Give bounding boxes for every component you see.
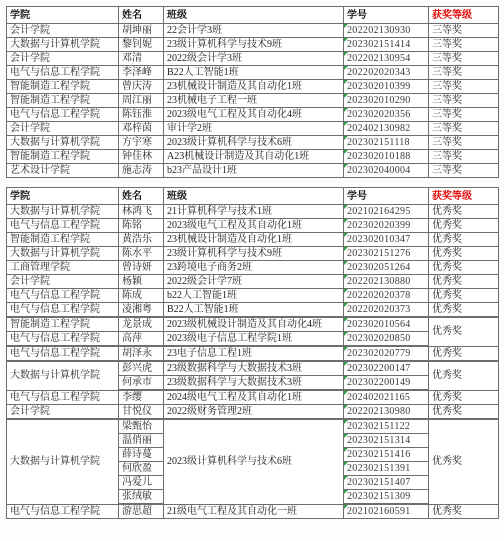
cell-name[interactable]: 龙景成 [119, 317, 164, 332]
number-stored-as-text-flag-icon [344, 420, 348, 424]
col-header-award[interactable]: 获奖等级 [429, 7, 499, 24]
cell-student-id[interactable]: 202202130980 [344, 405, 429, 420]
cell-college[interactable]: 大数据与计算机学院 [7, 136, 119, 150]
cell-student-id[interactable]: 202202130954 [344, 52, 429, 66]
table-row: 艺术设计学院施志涛b23产品设计1班202302040004三等奖 [7, 164, 499, 178]
cell-student-id[interactable]: 202302151391 [344, 462, 429, 476]
table-row: 电气与信息工程学院陈钰淮2023级电气工程及其自动化4班202302020356… [7, 108, 499, 122]
cell-class[interactable]: 23级计算机科学与技术9班 [164, 247, 344, 261]
cell-student-id[interactable]: 202202130880 [344, 275, 429, 289]
table-row: 会计学院甘悦仪2022级财务管理2班202202130980优秀奖 [7, 405, 499, 420]
cell-name[interactable]: 薛诗蔓 [119, 448, 164, 462]
number-stored-as-text-flag-icon [344, 205, 348, 209]
number-stored-as-text-flag-icon [344, 150, 348, 154]
cell-award[interactable]: 三等奖 [429, 38, 499, 52]
cell-name[interactable]: 彭兴虎 [119, 361, 164, 376]
cell-student-id[interactable]: 202302010290 [344, 94, 429, 108]
cell-award[interactable]: 三等奖 [429, 122, 499, 136]
cell-name[interactable]: 胡泽永 [119, 346, 164, 361]
spreadsheet-area: 学院姓名班级学号获奖等级会计学院胡坤丽22会计学3班202202130930三等… [0, 0, 504, 523]
cell-name[interactable]: 钟佳林 [119, 150, 164, 164]
cell-class[interactable]: 23电子信息工程1班 [164, 346, 344, 361]
third-prize-table: 学院姓名班级学号获奖等级会计学院胡坤丽22会计学3班202202130930三等… [6, 6, 499, 178]
cell-award[interactable]: 三等奖 [429, 80, 499, 94]
table-row: 会计学院邓梓茵审计学2班202402130982三等奖 [7, 122, 499, 136]
number-stored-as-text-flag-icon [344, 219, 348, 223]
cell-name[interactable]: 甘悦仪 [119, 405, 164, 420]
cell-college[interactable]: 大数据与计算机学院 [7, 205, 119, 219]
cell-college[interactable]: 会计学院 [7, 405, 119, 420]
table-row: 电气与信息工程学院游思超21级电气工程及其自动化一班202102160591优秀… [7, 504, 499, 519]
cell-class[interactable]: 21计算机科学与技术1班 [164, 205, 344, 219]
cell-class[interactable]: 2023级电气工程及其自动化1班 [164, 219, 344, 233]
cell-student-id[interactable]: 202202020378 [344, 289, 429, 303]
cell-college[interactable]: 艺术设计学院 [7, 164, 119, 178]
cell-student-id[interactable]: 202402021165 [344, 390, 429, 405]
table-row: 会计学院胡坤丽22会计学3班202202130930三等奖 [7, 24, 499, 38]
cell-name[interactable]: 何承市 [119, 376, 164, 391]
number-stored-as-text-flag-icon [344, 233, 348, 237]
number-stored-as-text-flag-icon [344, 261, 348, 265]
cell-college[interactable]: 电气与信息工程学院 [7, 346, 119, 361]
cell-college[interactable]: 电气与信息工程学院 [7, 108, 119, 122]
cell-name[interactable]: 游思超 [119, 504, 164, 519]
header-row: 学院姓名班级学号获奖等级 [7, 188, 499, 205]
cell-class[interactable]: A23机械设计制造及其自动化1班 [164, 150, 344, 164]
cell-name[interactable]: 陈钰淮 [119, 108, 164, 122]
cell-college[interactable]: 大数据与计算机学院 [7, 419, 119, 504]
cell-award[interactable]: 三等奖 [429, 66, 499, 80]
cell-award[interactable]: 三等奖 [429, 108, 499, 122]
cell-name[interactable]: 凌湘粤 [119, 303, 164, 318]
cell-student-id[interactable]: 202302151309 [344, 490, 429, 505]
table-row: 工商管理学院曾诗妍23跨境电子商务2班202302051264优秀奖 [7, 261, 499, 275]
cell-student-id[interactable]: 202302200147 [344, 361, 429, 376]
table-row: 电气与信息工程学院高萍2023级电子信息工程学院1班202302020850 [7, 332, 499, 347]
cell-award[interactable]: 优秀奖 [429, 390, 499, 405]
cell-award[interactable]: 三等奖 [429, 94, 499, 108]
cell-name[interactable]: 陈铭 [119, 219, 164, 233]
table-row: 大数据与计算机学院黎钊妮23级计算机科学与技术9班202302151414三等奖 [7, 38, 499, 52]
cell-name[interactable]: 黄浩乐 [119, 233, 164, 247]
cell-student-id[interactable]: 202302020399 [344, 219, 429, 233]
cell-award[interactable]: 三等奖 [429, 164, 499, 178]
table-row: 电气与信息工程学院李泽峰B22人工智能1班202202020343三等奖 [7, 66, 499, 80]
number-stored-as-text-flag-icon [344, 405, 348, 409]
col-header-sid[interactable]: 学号 [344, 7, 429, 24]
table-row: 电气与信息工程学院凌湘粤B22人工智能1班202202020373优秀奖 [7, 303, 499, 318]
cell-name[interactable]: 何欣盈 [119, 462, 164, 476]
col-header-cls[interactable]: 班级 [164, 188, 344, 205]
number-stored-as-text-flag-icon [344, 275, 348, 279]
number-stored-as-text-flag-icon [344, 462, 348, 466]
cell-award[interactable]: 优秀奖 [429, 275, 499, 289]
cell-student-id[interactable]: 202302151314 [344, 434, 429, 448]
number-stored-as-text-flag-icon [344, 136, 348, 140]
cell-name[interactable]: 李泽峰 [119, 66, 164, 80]
cell-name[interactable]: 黎钊妮 [119, 38, 164, 52]
cell-student-id[interactable]: 202302010188 [344, 150, 429, 164]
col-header-cls[interactable]: 班级 [164, 7, 344, 24]
cell-student-id[interactable]: 202402130982 [344, 122, 429, 136]
cell-class[interactable]: 2023级电子信息工程学院1班 [164, 332, 344, 347]
cell-class[interactable]: 22会计学3班 [164, 24, 344, 38]
cell-name[interactable]: 陈水平 [119, 247, 164, 261]
cell-name[interactable]: 林鸿飞 [119, 205, 164, 219]
cell-award[interactable]: 优秀奖 [429, 361, 499, 390]
cell-class[interactable]: 23级数据科学与大数据技术3班 [164, 361, 344, 376]
cell-class[interactable]: 23级计算机科学与技术9班 [164, 38, 344, 52]
excellence-award-table: 学院姓名班级学号获奖等级大数据与计算机学院林鸿飞21计算机科学与技术1班2021… [6, 187, 499, 519]
cell-college[interactable]: 电气与信息工程学院 [7, 303, 119, 318]
cell-student-id[interactable]: 202302051264 [344, 261, 429, 275]
cell-student-id[interactable]: 202302151416 [344, 448, 429, 462]
number-stored-as-text-flag-icon [344, 108, 348, 112]
cell-name[interactable]: 曾庆涛 [119, 80, 164, 94]
cell-name[interactable]: 邓梓茵 [119, 122, 164, 136]
cell-class[interactable]: 审计学2班 [164, 122, 344, 136]
cell-class[interactable]: B22人工智能1班 [164, 303, 344, 318]
cell-college[interactable]: 智能制造工程学院 [7, 317, 119, 332]
col-header-college[interactable]: 学院 [7, 188, 119, 205]
number-stored-as-text-flag-icon [344, 490, 348, 494]
cell-college[interactable]: 大数据与计算机学院 [7, 247, 119, 261]
cell-name[interactable]: 张绒敏 [119, 490, 164, 505]
cell-class[interactable]: 21级电气工程及其自动化一班 [164, 504, 344, 519]
cell-name[interactable]: 温俏丽 [119, 434, 164, 448]
cell-name[interactable]: 胡坤丽 [119, 24, 164, 38]
cell-college[interactable]: 电气与信息工程学院 [7, 390, 119, 405]
cell-award[interactable]: 优秀奖 [429, 419, 499, 504]
cell-award[interactable]: 优秀奖 [429, 219, 499, 233]
cell-class[interactable]: 23机械设计制造及自动化1班 [164, 233, 344, 247]
cell-class[interactable]: 2024级电气工程及其自动化1班 [164, 390, 344, 405]
cell-name[interactable]: 陈成 [119, 289, 164, 303]
cell-student-id[interactable]: 202302040004 [344, 164, 429, 178]
cell-class[interactable]: b23产品设计1班 [164, 164, 344, 178]
col-header-award[interactable]: 获奖等级 [429, 188, 499, 205]
number-stored-as-text-flag-icon [344, 38, 348, 42]
table-row: 会计学院邓清2022级会计学3班202202130954三等奖 [7, 52, 499, 66]
number-stored-as-text-flag-icon [344, 164, 348, 168]
col-header-college[interactable]: 学院 [7, 7, 119, 24]
cell-name[interactable]: 李缨 [119, 390, 164, 405]
number-stored-as-text-flag-icon [344, 362, 348, 366]
table-row: 电气与信息工程学院胡泽永23电子信息工程1班202302020779优秀奖 [7, 346, 499, 361]
cell-name[interactable]: 邓清 [119, 52, 164, 66]
table-row: 会计学院杨颖2022级会计学7班202202130880优秀奖 [7, 275, 499, 289]
cell-class[interactable]: B22人工智能1班 [164, 66, 344, 80]
cell-student-id[interactable]: 202302010399 [344, 80, 429, 94]
cell-student-id[interactable]: 202302020356 [344, 108, 429, 122]
number-stored-as-text-flag-icon [344, 505, 348, 509]
cell-class[interactable]: 2023级计算机科学与技术6班 [164, 419, 344, 504]
number-stored-as-text-flag-icon [344, 94, 348, 98]
table-row: 大数据与计算机学院梁甄怡2023级计算机科学与技术6班202302151122优… [7, 419, 499, 434]
cell-student-id[interactable]: 202302010347 [344, 233, 429, 247]
number-stored-as-text-flag-icon [344, 24, 348, 28]
cell-college[interactable]: 电气与信息工程学院 [7, 219, 119, 233]
cell-student-id[interactable]: 202302151414 [344, 38, 429, 52]
cell-student-id[interactable]: 202302200149 [344, 376, 429, 391]
cell-award[interactable]: 优秀奖 [429, 317, 499, 346]
cell-college[interactable]: 大数据与计算机学院 [7, 38, 119, 52]
cell-award[interactable]: 优秀奖 [429, 205, 499, 219]
cell-name[interactable]: 杨颖 [119, 275, 164, 289]
cell-class[interactable]: 23机械电子工程一班 [164, 94, 344, 108]
cell-college[interactable]: 电气与信息工程学院 [7, 332, 119, 347]
number-stored-as-text-flag-icon [344, 80, 348, 84]
number-stored-as-text-flag-icon [344, 434, 348, 438]
cell-name[interactable]: 曾诗妍 [119, 261, 164, 275]
number-stored-as-text-flag-icon [344, 289, 348, 293]
number-stored-as-text-flag-icon [344, 376, 348, 380]
table-row: 电气与信息工程学院陈铭2023级电气工程及其自动化1班202302020399优… [7, 219, 499, 233]
cell-award[interactable]: 优秀奖 [429, 405, 499, 420]
table-row: 大数据与计算机学院方宇寒2023级计算机科学与技术6班202302151118三… [7, 136, 499, 150]
cell-award[interactable]: 三等奖 [429, 24, 499, 38]
cell-award[interactable]: 优秀奖 [429, 289, 499, 303]
cell-student-id[interactable]: 202202130930 [344, 24, 429, 38]
cell-class[interactable]: 2022级财务管理2班 [164, 405, 344, 420]
cell-student-id[interactable]: 202302020779 [344, 346, 429, 361]
cell-student-id[interactable]: 202302151122 [344, 419, 429, 434]
number-stored-as-text-flag-icon [344, 448, 348, 452]
cell-college[interactable]: 会计学院 [7, 122, 119, 136]
cell-class[interactable]: 2023级电气工程及其自动化4班 [164, 108, 344, 122]
cell-award[interactable]: 优秀奖 [429, 233, 499, 247]
cell-college[interactable]: 智能制造工程学院 [7, 80, 119, 94]
number-stored-as-text-flag-icon [344, 122, 348, 126]
number-stored-as-text-flag-icon [344, 476, 348, 480]
cell-class[interactable]: 23跨境电子商务2班 [164, 261, 344, 275]
cell-class[interactable]: 23级数据科学与大数据技术3班 [164, 376, 344, 391]
cell-college[interactable]: 智能制造工程学院 [7, 94, 119, 108]
cell-award[interactable]: 优秀奖 [429, 261, 499, 275]
cell-student-id[interactable]: 202202020373 [344, 303, 429, 318]
cell-student-id[interactable]: 202302151118 [344, 136, 429, 150]
table-row: 大数据与计算机学院陈水平23级计算机科学与技术9班202302151276优秀奖 [7, 247, 499, 261]
cell-class[interactable]: 23机械设计制造及其自动化1班 [164, 80, 344, 94]
cell-name[interactable]: 周江丽 [119, 94, 164, 108]
number-stored-as-text-flag-icon [344, 247, 348, 251]
number-stored-as-text-flag-icon [344, 52, 348, 56]
cell-name[interactable]: 施志涛 [119, 164, 164, 178]
cell-student-id[interactable]: 202302010564 [344, 317, 429, 332]
cell-award[interactable]: 三等奖 [429, 136, 499, 150]
cell-college[interactable]: 会计学院 [7, 52, 119, 66]
table-row: 大数据与计算机学院彭兴虎23级数据科学与大数据技术3班202302200147优… [7, 361, 499, 376]
table-row: 电气与信息工程学院陈成b22人工智能1班202202020378优秀奖 [7, 289, 499, 303]
cell-award[interactable]: 优秀奖 [429, 247, 499, 261]
table-row: 电气与信息工程学院李缨2024级电气工程及其自动化1班202402021165优… [7, 390, 499, 405]
table-row: 大数据与计算机学院林鸿飞21计算机科学与技术1班202102164295优秀奖 [7, 205, 499, 219]
cell-college[interactable]: 智能制造工程学院 [7, 150, 119, 164]
cell-college[interactable]: 电气与信息工程学院 [7, 289, 119, 303]
cell-college[interactable]: 会计学院 [7, 275, 119, 289]
col-header-sid[interactable]: 学号 [344, 188, 429, 205]
cell-name[interactable]: 梁甄怡 [119, 419, 164, 434]
number-stored-as-text-flag-icon [344, 391, 348, 395]
cell-award[interactable]: 优秀奖 [429, 346, 499, 361]
cell-class[interactable]: b22人工智能1班 [164, 289, 344, 303]
cell-student-id[interactable]: 202102160591 [344, 504, 429, 519]
cell-student-id[interactable]: 202302151407 [344, 476, 429, 490]
cell-award[interactable]: 优秀奖 [429, 504, 499, 519]
table-row: 智能制造工程学院钟佳林A23机械设计制造及其自动化1班202302010188三… [7, 150, 499, 164]
table-row: 智能制造工程学院曾庆涛23机械设计制造及其自动化1班202302010399三等… [7, 80, 499, 94]
cell-class[interactable]: 2022级会计学3班 [164, 52, 344, 66]
cell-award[interactable]: 三等奖 [429, 150, 499, 164]
cell-college[interactable]: 电气与信息工程学院 [7, 504, 119, 519]
number-stored-as-text-flag-icon [344, 318, 348, 322]
cell-college[interactable]: 电气与信息工程学院 [7, 66, 119, 80]
cell-class[interactable]: 2023级机械设计制造及其自动化4班 [164, 317, 344, 332]
number-stored-as-text-flag-icon [344, 303, 348, 307]
table-row: 智能制造工程学院黄浩乐23机械设计制造及自动化1班202302010347优秀奖 [7, 233, 499, 247]
table-row: 智能制造工程学院龙景成2023级机械设计制造及其自动化4班20230201056… [7, 317, 499, 332]
cell-award[interactable]: 优秀奖 [429, 303, 499, 318]
cell-name[interactable]: 冯爱儿 [119, 476, 164, 490]
cell-student-id[interactable]: 202302020850 [344, 332, 429, 347]
cell-name[interactable]: 高萍 [119, 332, 164, 347]
cell-student-id[interactable]: 202102164295 [344, 205, 429, 219]
cell-class[interactable]: 2022级会计学7班 [164, 275, 344, 289]
number-stored-as-text-flag-icon [344, 66, 348, 70]
cell-student-id[interactable]: 202302151276 [344, 247, 429, 261]
cell-college[interactable]: 会计学院 [7, 24, 119, 38]
cell-award[interactable]: 三等奖 [429, 52, 499, 66]
cell-college[interactable]: 智能制造工程学院 [7, 233, 119, 247]
table-row: 智能制造工程学院周江丽23机械电子工程一班202302010290三等奖 [7, 94, 499, 108]
number-stored-as-text-flag-icon [344, 347, 348, 351]
cell-college[interactable]: 大数据与计算机学院 [7, 361, 119, 390]
col-header-name[interactable]: 姓名 [119, 7, 164, 24]
header-row: 学院姓名班级学号获奖等级 [7, 7, 499, 24]
cell-class[interactable]: 2023级计算机科学与技术6班 [164, 136, 344, 150]
number-stored-as-text-flag-icon [344, 332, 348, 336]
cell-name[interactable]: 方宇寒 [119, 136, 164, 150]
cell-college[interactable]: 工商管理学院 [7, 261, 119, 275]
col-header-name[interactable]: 姓名 [119, 188, 164, 205]
cell-student-id[interactable]: 202202020343 [344, 66, 429, 80]
